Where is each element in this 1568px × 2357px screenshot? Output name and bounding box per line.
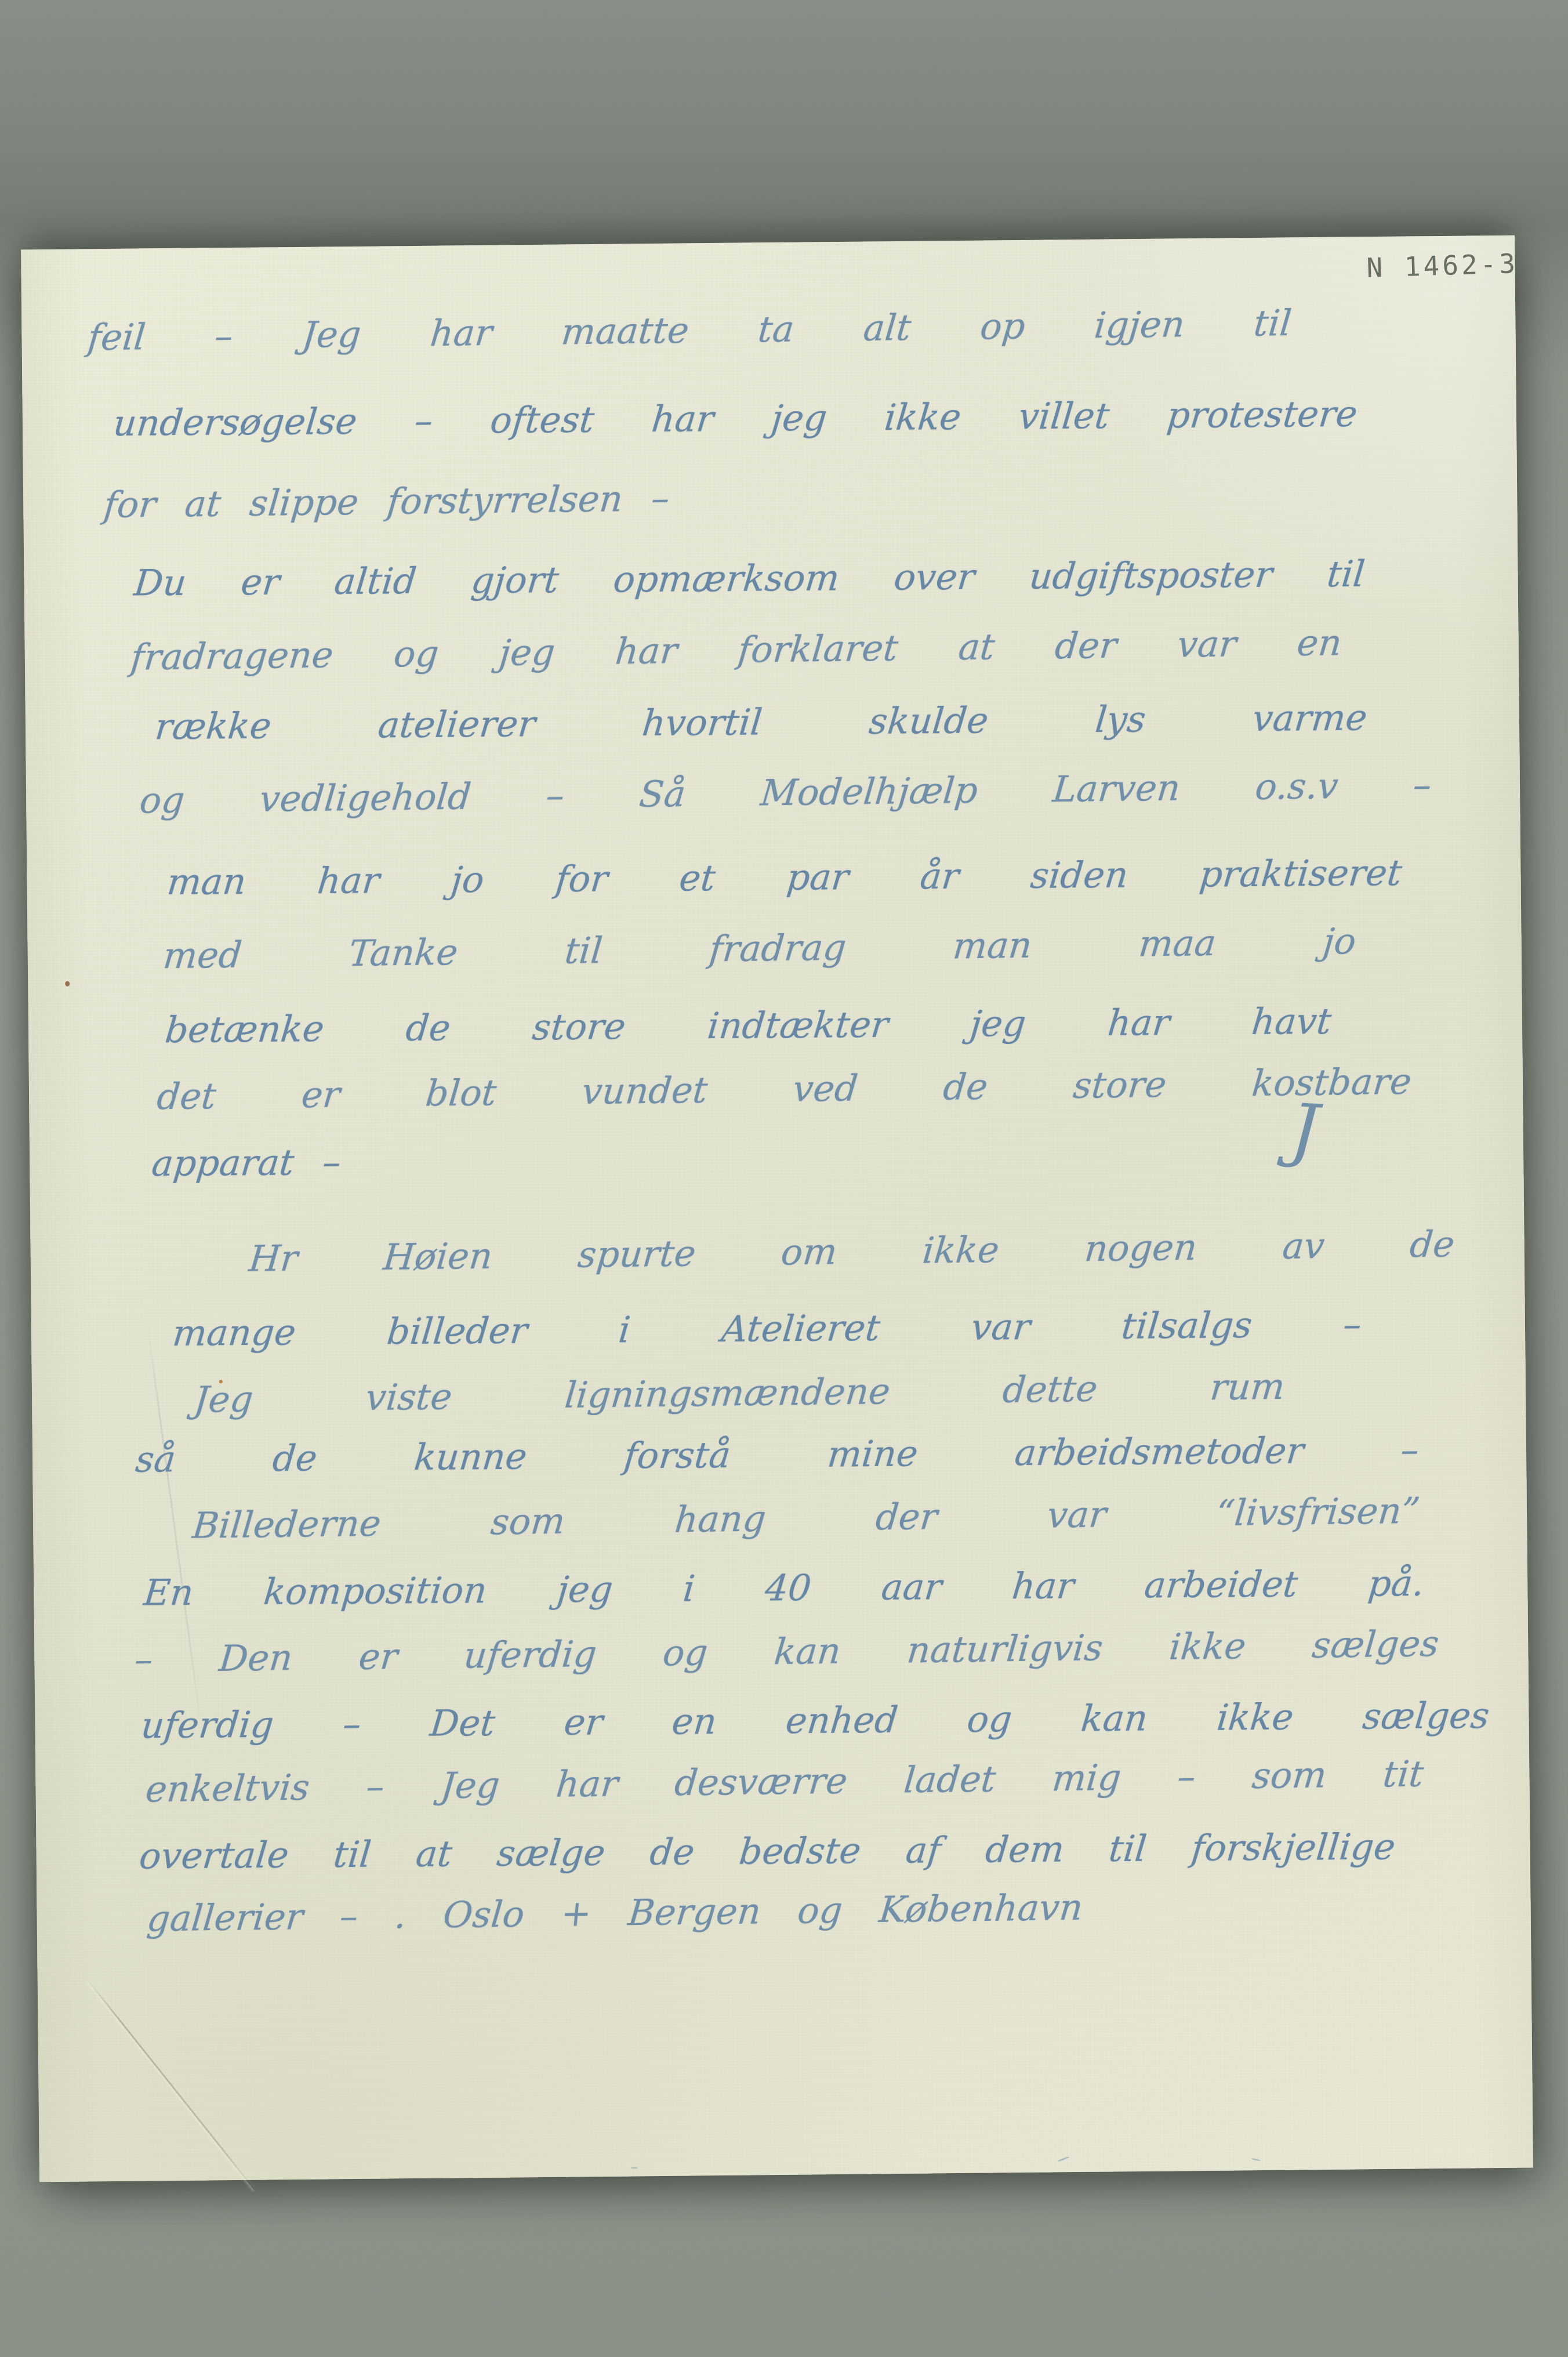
handwriting-line: Billederne som hang der var “livsfrisen”: [191, 1489, 1422, 1547]
handwriting-line: gallerier – . Oslo + Bergen og København: [145, 1886, 1084, 1940]
handwriting-line: med Tanke til fradrag man maa jo: [161, 920, 1358, 977]
handwriting-line: Jeg viste ligningsmændene dette rum: [193, 1365, 1287, 1421]
handwriting-line: En komposition jeg i 40 aar har arbeidet…: [142, 1562, 1427, 1614]
handwriting-line: fradragene og jeg har forklaret at der v…: [129, 621, 1344, 679]
handwriting-line: for at slippe forstyrrelsen –: [102, 477, 672, 526]
handwriting-line: undersøgelse – oftest har jeg ikke ville…: [111, 393, 1359, 444]
handwriting-line: – Den er uferdig og kan naturligvis ikke…: [133, 1622, 1441, 1681]
handwriting-line: så de kunne forstå mine arbeidsmetoder –: [134, 1428, 1421, 1481]
paper-speck: [65, 981, 70, 987]
paper-speck: [219, 1380, 223, 1383]
handwriting-line: det er blot vundet ved de store kostbare: [155, 1060, 1414, 1118]
handwriting: feil – Jeg har maatte ta alt op igjen ti…: [21, 235, 1533, 2182]
letter-page: N 1462-3 feil – Jeg har maatte ta alt op…: [21, 235, 1533, 2182]
handwriting-line: Hr Høien spurte om ikke nogen av de: [247, 1223, 1456, 1279]
handwriting-line: uferdig – Det er en enhed og kan ikke sæ…: [139, 1694, 1491, 1747]
handwriting-line: Du er altid gjort opmærksom over udgifts…: [132, 553, 1367, 604]
handwriting-line: og vedligehold – Så Modelhjælp Larven o.…: [138, 763, 1433, 821]
handwriting-line: man har jo for et par år siden praktiser…: [165, 851, 1404, 903]
handwriting-line: feil – Jeg har maatte ta alt op igjen ti…: [86, 302, 1293, 358]
handwriting-line: overtale til at sælge de bedste af dem t…: [137, 1825, 1397, 1877]
handwriting-line: række atelierer hvortil skulde lys varme: [153, 697, 1369, 748]
handwriting-line: betænke de store indtækter jeg har havt: [163, 1000, 1333, 1051]
margin-insertion-mark: J: [1288, 1089, 1321, 1172]
handwriting-line: enkeltvis – Jeg har desværre ladet mig –…: [144, 1753, 1425, 1811]
handwriting-line: apparat –: [150, 1141, 343, 1185]
handwriting-line: mange billeder i Atelieret var tilsalgs …: [170, 1303, 1363, 1354]
